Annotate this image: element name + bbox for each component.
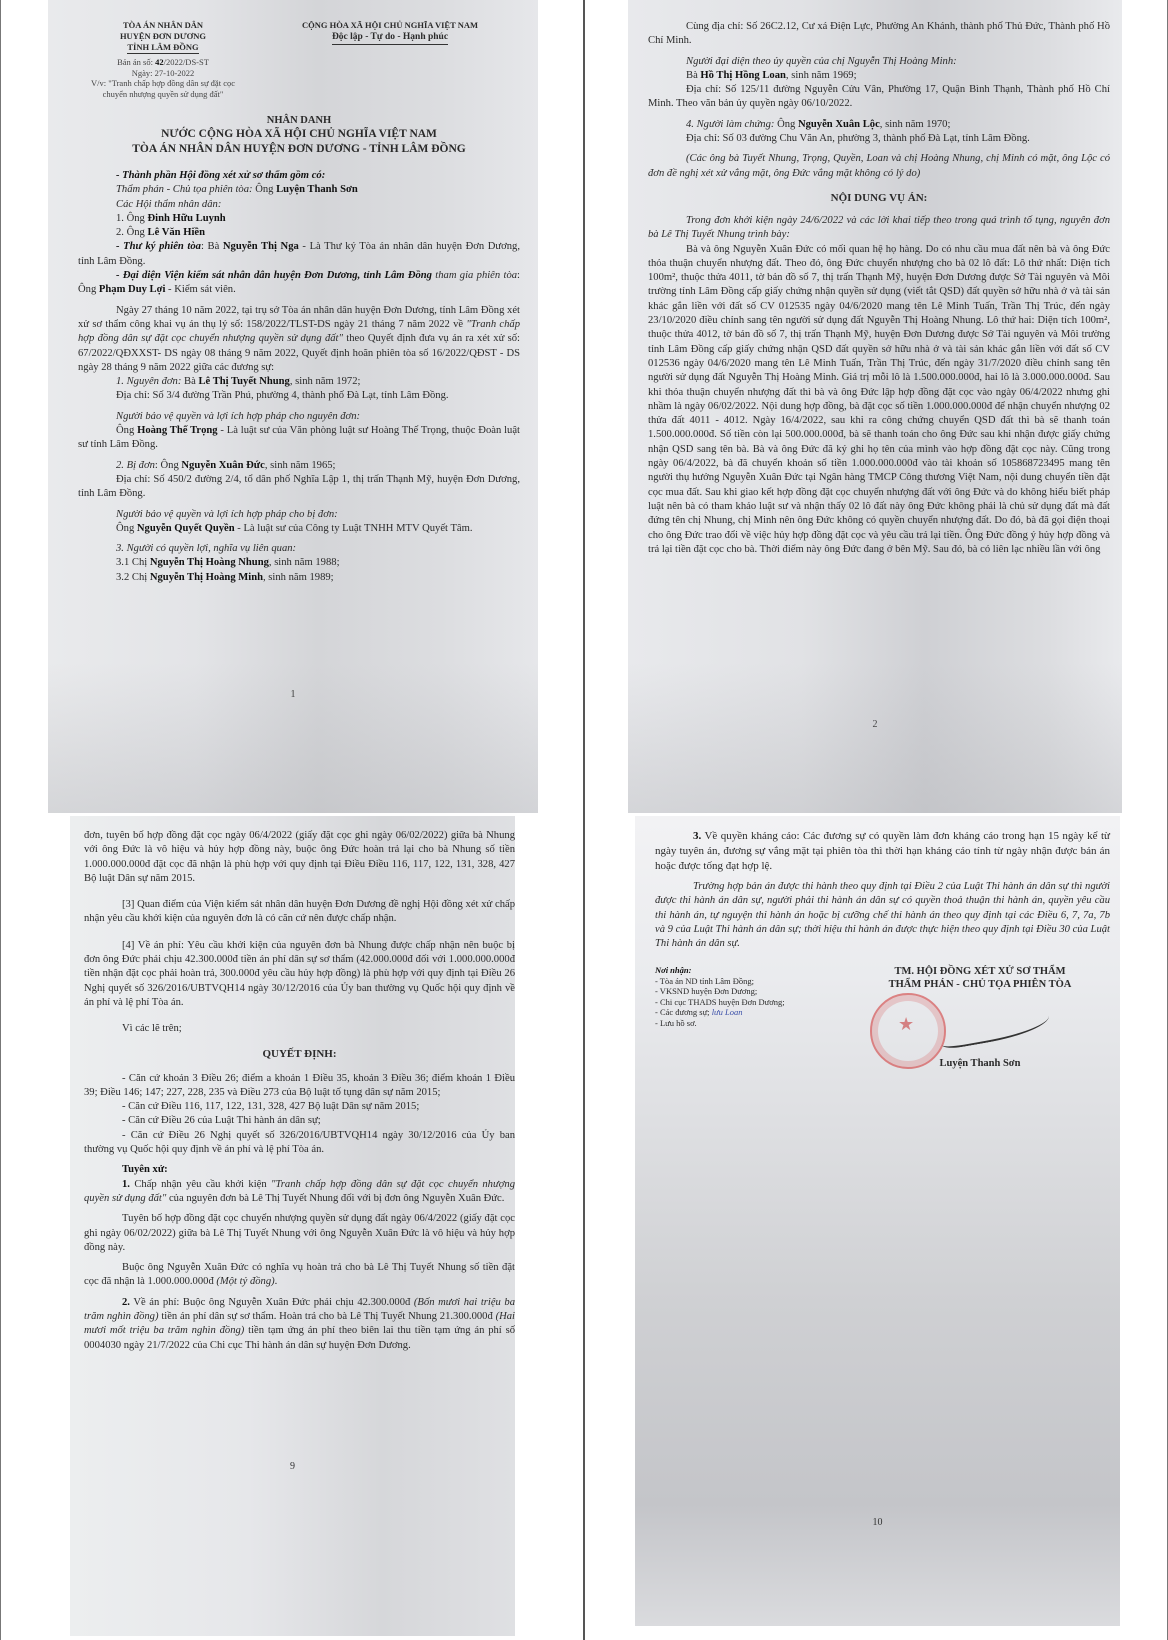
juror-2: 2. Ông Lê Văn Hiền (78, 226, 520, 240)
document-page-10: 3. Về quyền kháng cáo: Các đương sự có q… (635, 816, 1120, 1626)
representative-label: Người đại diện theo ủy quyền của chị Ngu… (648, 55, 1110, 69)
recipient-item: - Chi cục THADS huyện Đơn Dương; (655, 997, 835, 1008)
representative: Bà Hồ Thị Hồng Loan, sinh năm 1969; (648, 69, 1110, 83)
court-name: TÒA ÁN NHÂN DÂN HUYỆN ĐƠN DƯƠNG TỈNH LÂM… (78, 20, 248, 54)
verdict-2-fees: 2. Về án phí: Buộc ông Nguyễn Xuân Đức p… (84, 1296, 515, 1353)
page-divider (583, 0, 585, 1640)
panel-label: - Thành phần Hội đồng xét xử sơ thẩm gồm… (78, 169, 520, 183)
verdict-label: Tuyên xử: (84, 1163, 515, 1177)
hearing-intro: Ngày 27 tháng 10 năm 2022, tại trụ sở Tò… (78, 304, 520, 375)
defendant-line: 2. Bị đơn: Ông Nguyễn Xuân Đức, sinh năm… (78, 459, 520, 473)
witness-line: 4. Người làm chứng: Ông Nguyễn Xuân Lộc,… (648, 118, 1110, 132)
heading-court: TÒA ÁN NHÂN DÂN HUYỆN ĐƠN DƯƠNG - TỈNH L… (78, 142, 520, 157)
reasoning-close: Vì các lẽ trên; (84, 1022, 515, 1036)
legal-basis-1: - Căn cứ khoản 3 Điều 26; điểm a khoản 1… (84, 1072, 515, 1101)
clerk-line: - Thư ký phiên tòa: Bà Nguyễn Thị Nga - … (78, 240, 520, 269)
case-number: Bản án số: 42/2022/DS-ST (78, 57, 248, 68)
page-number: 10 (635, 1516, 1120, 1530)
jurors-label: Các Hội thẩm nhân dân: (78, 198, 520, 212)
recipients-label: Nơi nhận: (655, 965, 835, 976)
defendant-counsel: Ông Nguyễn Quyết Quyền - Là luật sư của … (78, 522, 520, 536)
page-number: 9 (70, 1460, 515, 1474)
verdict-1: 1. Chấp nhận yêu cầu khởi kiện "Tranh ch… (84, 1178, 515, 1207)
legal-basis-3: - Căn cứ Điều 26 của Luật Thi hành án dâ… (84, 1114, 515, 1128)
plaintiff-line: 1. Nguyên đơn: Bà Lê Thị Tuyết Nhung, si… (78, 375, 520, 389)
claim-body: Bà và ông Nguyễn Xuân Đức có mối quan hệ… (648, 243, 1110, 558)
signer-name: Luyện Thanh Sơn (850, 1057, 1110, 1071)
section-title-case-content: NỘI DUNG VỤ ÁN: (648, 191, 1110, 206)
verdict-1-refund: Buộc ông Nguyễn Xuân Đức có nghĩa vụ hoà… (84, 1261, 515, 1290)
document-page-1: TÒA ÁN NHÂN DÂN HUYỆN ĐƠN DƯƠNG TỈNH LÂM… (48, 0, 538, 813)
national-motto: CỘNG HÒA XÃ HỘI CHỦ NGHĨA VIỆT NAM Độc l… (270, 20, 510, 99)
document-page-9: đơn, tuyên bố hợp đồng đặt cọc ngày 06/4… (70, 816, 515, 1636)
plaintiff-counsel-label: Người bảo vệ quyền và lợi ích hợp pháp c… (78, 410, 520, 424)
document-page-2: Cùng địa chỉ: Số 26C2.12, Cư xá Điện Lực… (628, 0, 1122, 813)
page-number: 1 (48, 688, 538, 702)
handwritten-note: lưu Loan (712, 1007, 743, 1017)
court-block: TÒA ÁN NHÂN DÂN HUYỆN ĐƠN DƯƠNG TỈNH LÂM… (78, 20, 248, 99)
plaintiff-address: Địa chỉ: Số 3/4 đường Trần Phú, phường 4… (78, 389, 520, 403)
decision-title: QUYẾT ĐỊNH: (84, 1047, 515, 1062)
heading-in-the-name: NHÂN DANH (78, 115, 520, 127)
frame-left-edge (0, 0, 1, 1640)
legal-basis-2: - Căn cứ Điều 116, 117, 122, 131, 328, 4… (84, 1100, 515, 1114)
defendant-address: Địa chỉ: Số 450/2 đường 2/4, tổ dân phố … (78, 473, 520, 502)
judge-line: Thẩm phán - Chủ tọa phiên tòa: Ông Luyện… (78, 183, 520, 197)
paragraph-continuation: đơn, tuyên bố hợp đồng đặt cọc ngày 06/4… (84, 829, 515, 886)
plaintiff-counsel: Ông Hoàng Thế Trọng - Là luật sư của Văn… (78, 424, 520, 453)
claim-intro: Trong đơn khởi kiện ngày 24/6/2022 và cá… (648, 214, 1110, 243)
enforcement-note: Trường hợp bản án được thi hành theo quy… (655, 880, 1110, 951)
page-number: 2 (628, 718, 1122, 732)
page-header: TÒA ÁN NHÂN DÂN HUYỆN ĐƠN DƯƠNG TỈNH LÂM… (78, 20, 520, 99)
paragraph-3: [3] Quan điểm của Viện kiểm sát nhân dân… (84, 898, 515, 927)
recipient-item: - VKSND huyện Đơn Dương; (655, 986, 835, 997)
sign-title-2: THẨM PHÁN - CHỦ TỌA PHIÊN TÒA (850, 978, 1110, 991)
signature-block: TM. HỘI ĐỒNG XÉT XỬ SƠ THẨM THẨM PHÁN - … (850, 965, 1110, 1028)
recipient-item: - Các đương sự; lưu Loan (655, 1007, 835, 1018)
verdict-1-declaration: Tuyên bố hợp đồng đặt cọc chuyển nhượng … (84, 1212, 515, 1255)
shared-address: Cùng địa chỉ: Số 26C2.12, Cư xá Điện Lực… (648, 20, 1110, 49)
legal-basis-4: - Căn cứ Điều 26 Nghị quyết số 326/2016/… (84, 1129, 515, 1158)
procurator-line: - Đại diện Viện kiểm sát nhân dân huyện … (78, 269, 520, 298)
heading-nation: NƯỚC CỘNG HÒA XÃ HỘI CHỦ NGHĨA VIỆT NAM (78, 127, 520, 142)
verdict-3-appeal: 3. Về quyền kháng cáo: Các đương sự có q… (655, 829, 1110, 874)
representative-address: Địa chỉ: Số 125/11 đường Nguyễn Cửu Vân,… (648, 83, 1110, 112)
sign-title-1: TM. HỘI ĐỒNG XÉT XỬ SƠ THẨM (850, 965, 1110, 978)
defendant-counsel-label: Người bảo vệ quyền và lợi ích hợp pháp c… (78, 508, 520, 522)
witness-address: Địa chỉ: Số 03 đường Chu Văn An, phường … (648, 132, 1110, 146)
recipients-block: Nơi nhận: - Tòa án ND tỉnh Lâm Đồng; - V… (655, 965, 835, 1028)
case-subject: V/v: "Tranh chấp hợp đồng dân sự đặt cọc… (78, 78, 248, 99)
related-parties-label: 3. Người có quyền lợi, nghĩa vụ liên qua… (78, 542, 520, 556)
attendance-note: (Các ông bà Tuyết Nhung, Trọng, Quyền, L… (648, 152, 1110, 181)
signature-icon (939, 1006, 1052, 1051)
juror-1: 1. Ông Đinh Hữu Luynh (78, 212, 520, 226)
recipient-item: - Lưu hồ sơ. (655, 1018, 835, 1029)
signature-row: Nơi nhận: - Tòa án ND tỉnh Lâm Đồng; - V… (655, 965, 1110, 1028)
related-party-1: 3.1 Chị Nguyễn Thị Hoàng Nhung, sinh năm… (78, 556, 520, 570)
recipient-item: - Tòa án ND tỉnh Lâm Đồng; (655, 976, 835, 987)
case-date: Ngày: 27-10-2022 (78, 68, 248, 79)
related-party-2: 3.2 Chị Nguyễn Thị Hoàng Minh, sinh năm … (78, 571, 520, 585)
paragraph-4: [4] Về án phí: Yêu cầu khởi kiện của ngu… (84, 939, 515, 1010)
